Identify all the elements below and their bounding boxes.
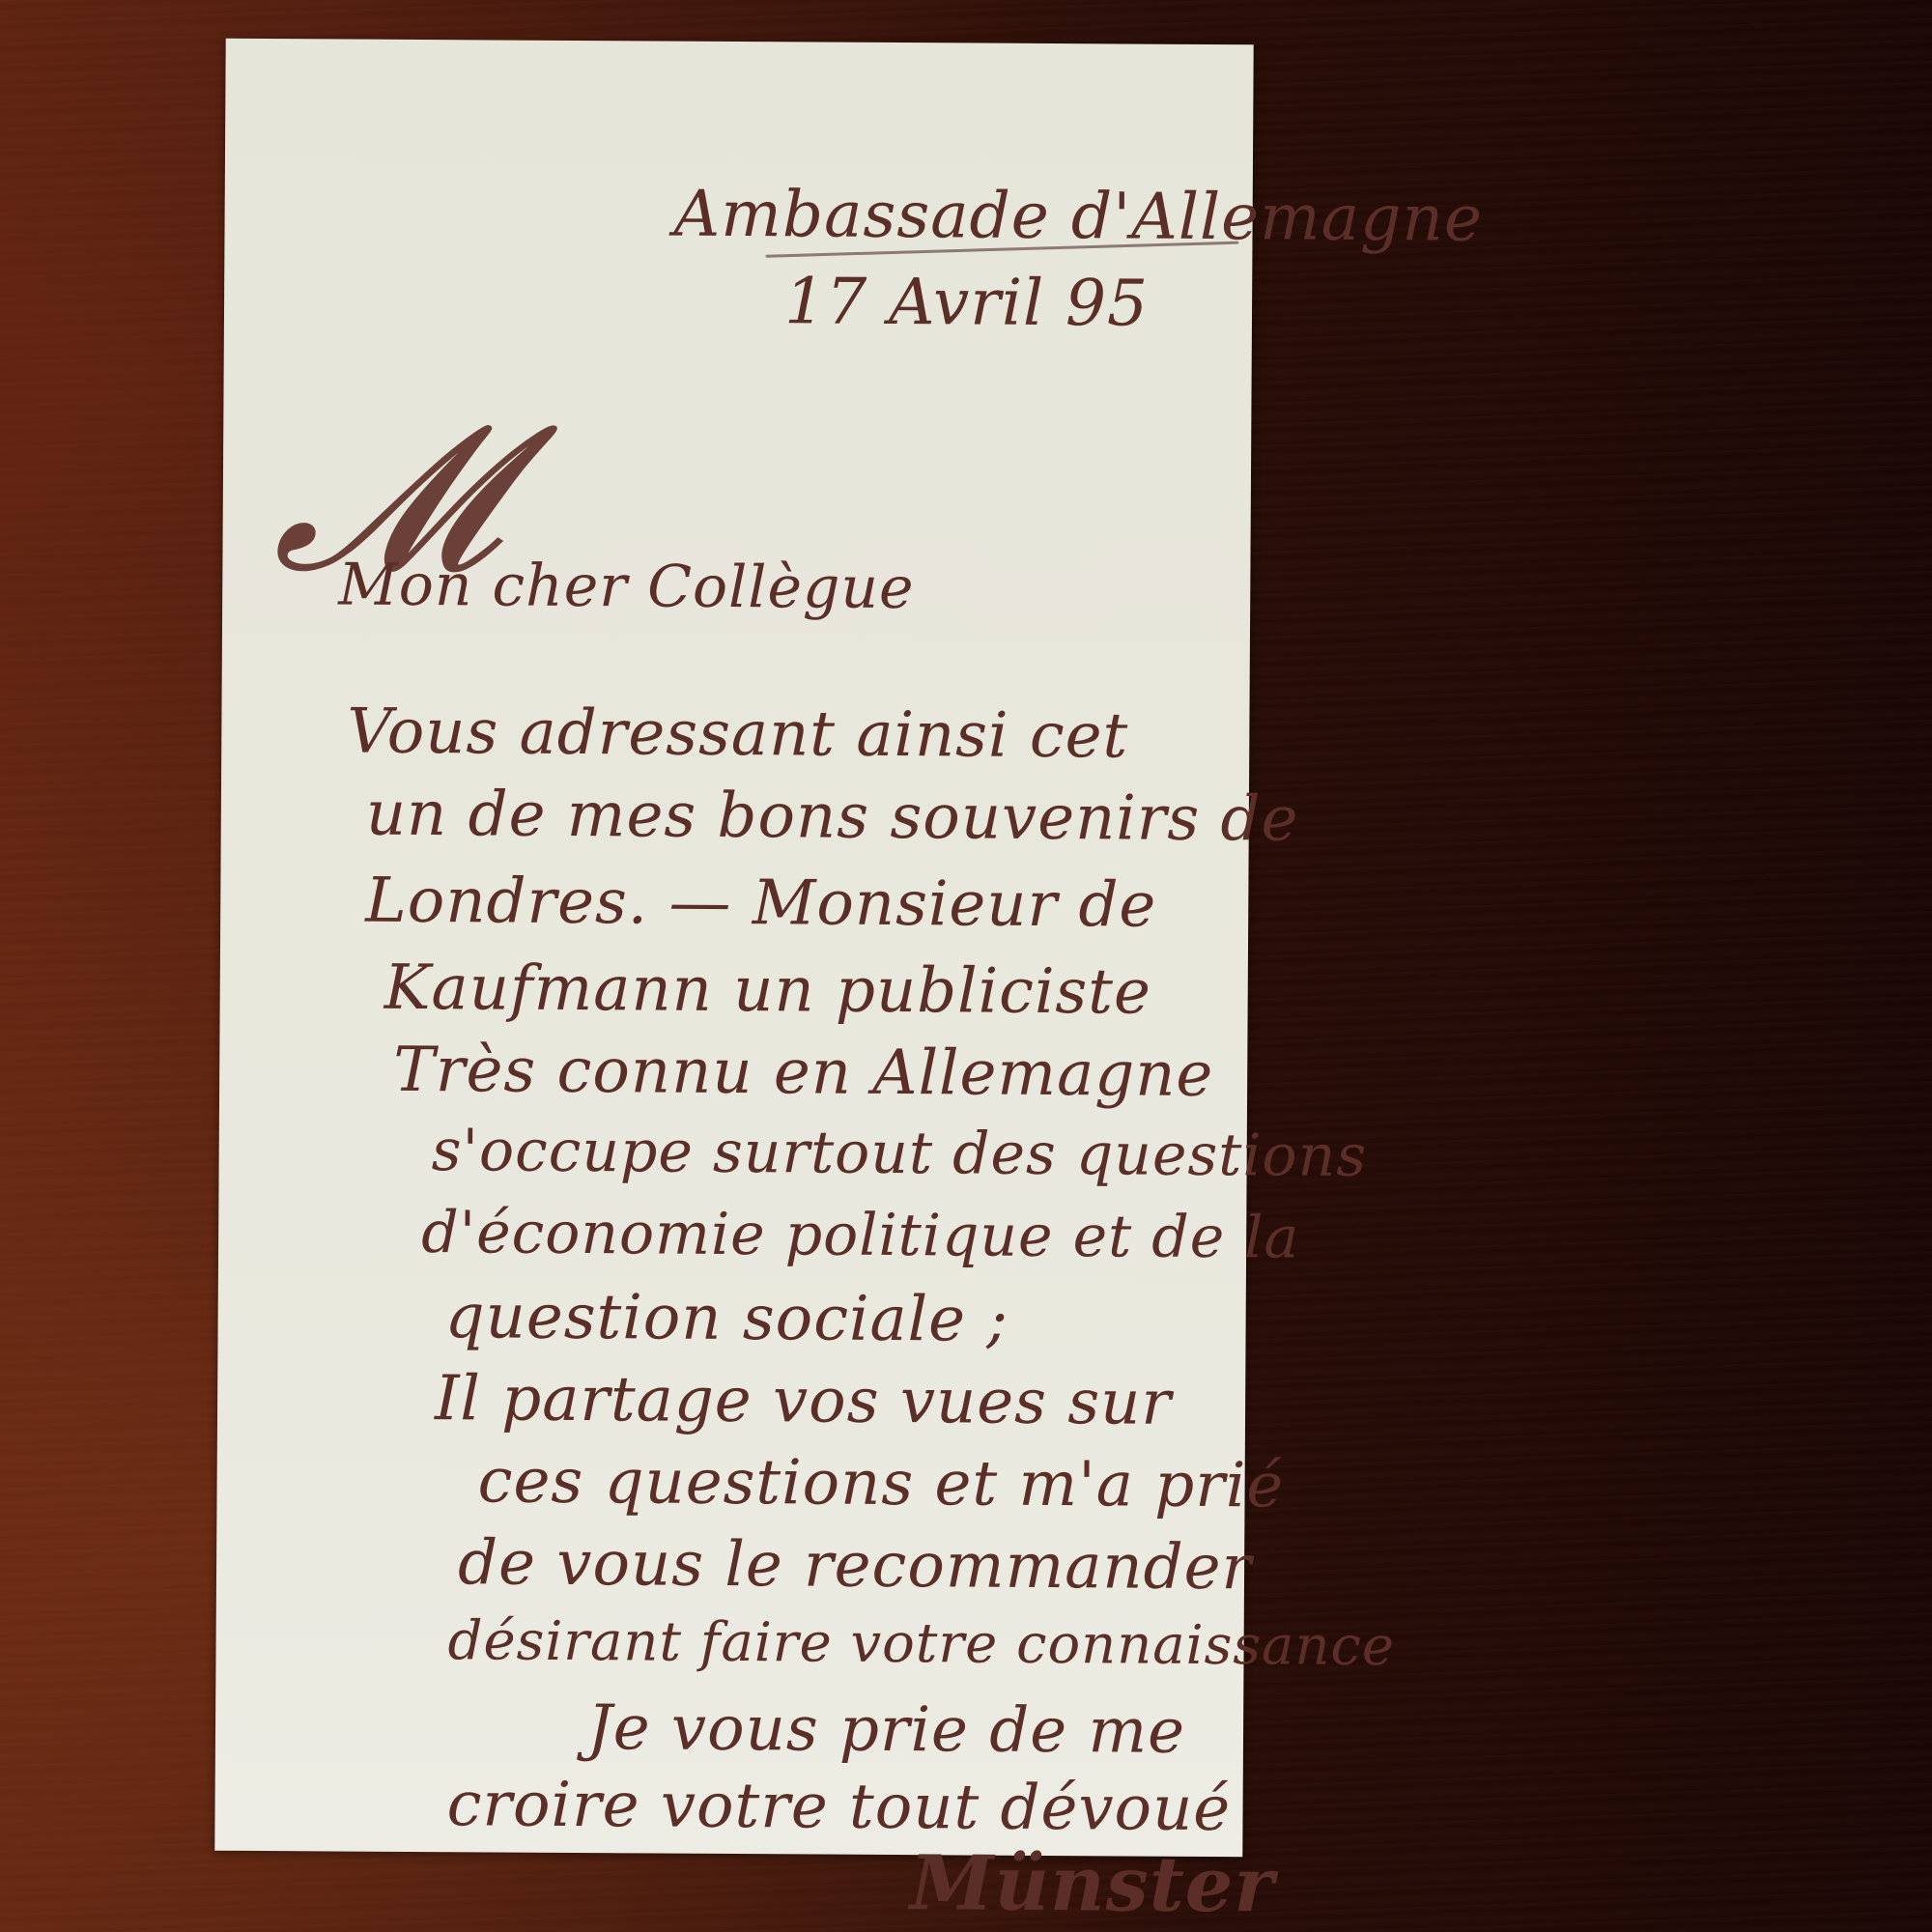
body-line: Je vous prie de me bbox=[587, 1692, 1185, 1768]
salutation: Mon cher Collègue bbox=[338, 551, 915, 622]
body-line: d'économie politique et de la bbox=[421, 1199, 1299, 1272]
body-line: s'occupe surtout des questions bbox=[431, 1117, 1367, 1190]
letter-sheet: Ambassade d'Allemagne 17 Avril 95 𝓜 Mon … bbox=[214, 39, 1253, 1857]
body-line: croire votre tout dévoué bbox=[446, 1769, 1231, 1845]
body-line: Kaufmann un publiciste bbox=[384, 952, 1152, 1029]
body-line: désirant faire votre connaissance bbox=[447, 1609, 1395, 1678]
body-line: ces questions et m'a prié bbox=[477, 1445, 1284, 1521]
body-line: de vous le recommander bbox=[458, 1527, 1252, 1604]
signature: Münster bbox=[910, 1839, 1275, 1929]
letter-date: 17 Avril 95 bbox=[784, 264, 1149, 340]
body-line: un de mes bons souvenirs de bbox=[366, 779, 1299, 856]
body-line: Vous adressant ainsi cet bbox=[347, 696, 1128, 773]
body-line: Londres. — Monsieur de bbox=[365, 866, 1156, 942]
body-line: Il partage vos vues sur bbox=[435, 1363, 1172, 1439]
letterhead-place: Ambassade d'Allemagne bbox=[673, 177, 1483, 256]
body-line: question sociale ; bbox=[444, 1281, 1009, 1356]
body-line: Très connu en Allemagne bbox=[393, 1035, 1214, 1111]
